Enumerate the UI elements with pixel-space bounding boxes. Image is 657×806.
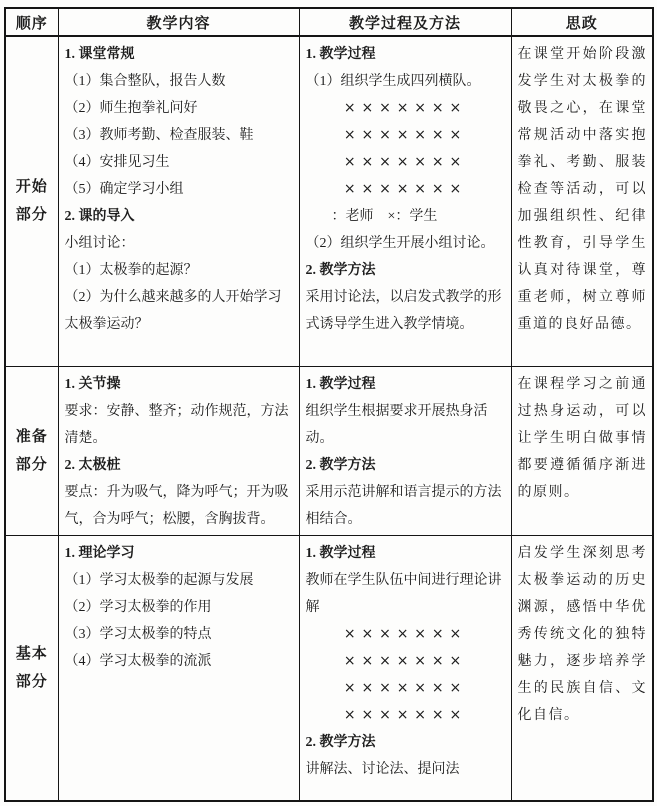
section-row-opening: 开始 部分 1. 课堂常规 （1）集合整队，报告人数 （2）师生抱拳礼问好 （3… bbox=[5, 36, 653, 366]
stage-cell-prepare: 准备 部分 bbox=[5, 366, 58, 535]
content-line: （2）学习太极拳的作用 bbox=[65, 594, 294, 621]
section-row-basic: 基本 部分 1. 理论学习 （1）学习太极拳的起源与发展 （2）学习太极拳的作用… bbox=[5, 535, 653, 801]
process-line: 讲解法、讨论法、提问法 bbox=[306, 756, 506, 783]
ideology-cell-basic: 启发学生深刻思考太极拳运动的历史渊源，感悟中华优秀传统文化的独特魅力，逐步培养学… bbox=[511, 535, 653, 801]
formation-row: ××××××× bbox=[306, 648, 506, 675]
process-cell-prepare: 1. 教学过程 组织学生根据要求开展热身活动。 2. 教学方法 采用示范讲解和语… bbox=[299, 366, 511, 535]
formation-row: ××××××× bbox=[306, 95, 506, 122]
content-cell-opening: 1. 课堂常规 （1）集合整队，报告人数 （2）师生抱拳礼问好 （3）教师考勤、… bbox=[58, 36, 299, 366]
content-line: 要点：升为吸气，降为呼气；开为吸气，合为呼气；松腰，含胸拔背。 bbox=[65, 479, 294, 533]
content-line: （2）为什么越来越多的人开始学习太极拳运动？ bbox=[65, 284, 294, 338]
stage-label-line: 基本 bbox=[6, 640, 58, 668]
header-ideology: 思政 bbox=[511, 8, 653, 36]
ideology-text: 启发学生深刻思考太极拳运动的历史渊源，感悟中华优秀传统文化的独特魅力，逐步培养学… bbox=[518, 540, 648, 729]
process-line: 2. 教学方法 bbox=[306, 729, 506, 756]
process-line: （1）组织学生成四列横队。 bbox=[306, 68, 506, 95]
process-line: 2. 教学方法 bbox=[306, 257, 506, 284]
header-order: 顺序 bbox=[5, 8, 58, 36]
process-line: 2. 教学方法 bbox=[306, 452, 506, 479]
process-line: 1. 教学过程 bbox=[306, 540, 506, 567]
ideology-text: 在课程学习之前通过热身运动，可以让学生明白做事情都要遵循循序渐进的原则。 bbox=[518, 371, 648, 506]
stage-label-line: 部分 bbox=[6, 201, 58, 229]
content-line: 1. 理论学习 bbox=[65, 540, 294, 567]
content-line: 1. 关节操 bbox=[65, 371, 294, 398]
section-row-prepare: 准备 部分 1. 关节操 要求：安静、整齐；动作规范，方法清楚。 2. 太极桩 … bbox=[5, 366, 653, 535]
process-line: 1. 教学过程 bbox=[306, 41, 506, 68]
formation-row: ××××××× bbox=[306, 621, 506, 648]
formation-row: ××××××× bbox=[306, 675, 506, 702]
content-line: （1）学习太极拳的起源与发展 bbox=[65, 567, 294, 594]
content-cell-basic: 1. 理论学习 （1）学习太极拳的起源与发展 （2）学习太极拳的作用 （3）学习… bbox=[58, 535, 299, 801]
lesson-plan-table: 顺序 教学内容 教学过程及方法 思政 开始 部分 1. 课堂常规 （1）集合整队… bbox=[4, 7, 654, 802]
content-line: 要求：安静、整齐；动作规范，方法清楚。 bbox=[65, 398, 294, 452]
process-line: 1. 教学过程 bbox=[306, 371, 506, 398]
header-content: 教学内容 bbox=[58, 8, 299, 36]
process-line: 教师在学生队伍中间进行理论讲解 bbox=[306, 567, 506, 621]
content-line: （1）太极拳的起源？ bbox=[65, 257, 294, 284]
content-line: 2. 太极桩 bbox=[65, 452, 294, 479]
process-cell-opening: 1. 教学过程 （1）组织学生成四列横队。 ××××××× ××××××× ××… bbox=[299, 36, 511, 366]
stage-label-line: 准备 bbox=[6, 423, 58, 451]
content-line: 1. 课堂常规 bbox=[65, 41, 294, 68]
document-page: 顺序 教学内容 教学过程及方法 思政 开始 部分 1. 课堂常规 （1）集合整队… bbox=[0, 0, 657, 806]
ideology-cell-prepare: 在课程学习之前通过热身运动，可以让学生明白做事情都要遵循循序渐进的原则。 bbox=[511, 366, 653, 535]
legend-line: ：老师 ×：学生 bbox=[306, 203, 506, 230]
content-line: （1）集合整队，报告人数 bbox=[65, 68, 294, 95]
formation-row: ××××××× bbox=[306, 702, 506, 729]
stage-label-line: 开始 bbox=[6, 173, 58, 201]
content-line: （5）确定学习小组 bbox=[65, 176, 294, 203]
formation-row: ××××××× bbox=[306, 122, 506, 149]
process-line: 组织学生根据要求开展热身活动。 bbox=[306, 398, 506, 452]
process-cell-basic: 1. 教学过程 教师在学生队伍中间进行理论讲解 ××××××× ××××××× … bbox=[299, 535, 511, 801]
ideology-text: 在课堂开始阶段激发学生对太极拳的敬畏之心，在课堂常规活动中落实抱拳礼、考勤、服装… bbox=[518, 41, 648, 338]
content-line: 小组讨论： bbox=[65, 230, 294, 257]
content-line: （4）安排见习生 bbox=[65, 149, 294, 176]
process-line: （2）组织学生开展小组讨论。 bbox=[306, 230, 506, 257]
content-line: 2. 课的导入 bbox=[65, 203, 294, 230]
formation-row: ××××××× bbox=[306, 176, 506, 203]
formation-row: ××××××× bbox=[306, 149, 506, 176]
stage-label-line: 部分 bbox=[6, 668, 58, 696]
content-line: （3）学习太极拳的特点 bbox=[65, 621, 294, 648]
content-line: （3）教师考勤、检查服装、鞋 bbox=[65, 122, 294, 149]
stage-label-line: 部分 bbox=[6, 451, 58, 479]
content-line: （4）学习太极拳的流派 bbox=[65, 648, 294, 675]
process-line: 采用讨论法，以启发式教学的形式诱导学生进入教学情境。 bbox=[306, 284, 506, 338]
stage-cell-basic: 基本 部分 bbox=[5, 535, 58, 801]
content-cell-prepare: 1. 关节操 要求：安静、整齐；动作规范，方法清楚。 2. 太极桩 要点：升为吸… bbox=[58, 366, 299, 535]
header-process: 教学过程及方法 bbox=[299, 8, 511, 36]
content-line: （2）师生抱拳礼问好 bbox=[65, 95, 294, 122]
header-row: 顺序 教学内容 教学过程及方法 思政 bbox=[5, 8, 653, 36]
process-line: 采用示范讲解和语言提示的方法相结合。 bbox=[306, 479, 506, 533]
ideology-cell-opening: 在课堂开始阶段激发学生对太极拳的敬畏之心，在课堂常规活动中落实抱拳礼、考勤、服装… bbox=[511, 36, 653, 366]
stage-cell-opening: 开始 部分 bbox=[5, 36, 58, 366]
